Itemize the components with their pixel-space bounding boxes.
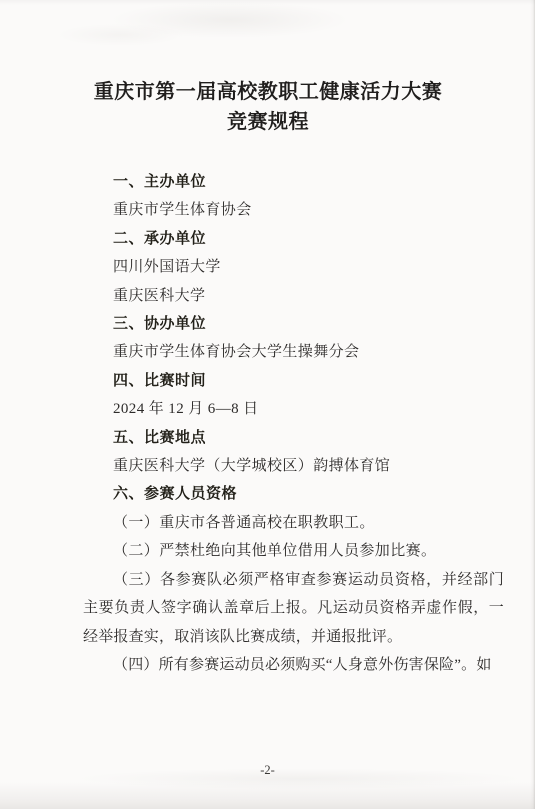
section-heading-venue: 五、比赛地点	[83, 424, 504, 452]
body-line-undertaker-1: 四川外国语大学	[83, 253, 504, 281]
page-number: -2-	[0, 762, 535, 778]
scanned-document-page: 重庆市第一届高校教职工健康活力大赛 竞赛规程 一、主办单位 重庆市学生体育协会 …	[0, 0, 535, 809]
body-line-organizer-name: 重庆市学生体育协会	[83, 196, 504, 224]
section-heading-eligibility: 六、参赛人员资格	[83, 480, 504, 508]
paragraph-eligibility-item-4: （四）所有参赛运动员必须购买“人身意外伤害保险”。如	[83, 651, 504, 679]
body-line-competition-date: 2024 年 12 月 6—8 日	[83, 395, 504, 423]
section-heading-time: 四、比赛时间	[83, 367, 504, 395]
body-line-competition-venue: 重庆医科大学（大学城校区）韵搏体育馆	[83, 452, 504, 480]
body-line-undertaker-2: 重庆医科大学	[83, 282, 504, 310]
body-line-eligibility-item-2: （二）严禁杜绝向其他单位借用人员参加比赛。	[83, 537, 504, 565]
document-title-line-1: 重庆市第一届高校教职工健康活力大赛	[52, 77, 484, 107]
section-heading-undertaker: 二、承办单位	[83, 225, 504, 253]
paragraph-eligibility-item-3: （三）各参赛队必须严格审查参赛运动员资格，并经部门主要负责人签字确认盖章后上报。…	[83, 566, 504, 651]
document-title: 重庆市第一届高校教职工健康活力大赛 竞赛规程	[52, 77, 484, 137]
document-body: 一、主办单位 重庆市学生体育协会 二、承办单位 四川外国语大学 重庆医科大学 三…	[83, 168, 504, 679]
section-heading-co-organizer: 三、协办单位	[83, 310, 504, 338]
section-heading-organizer: 一、主办单位	[83, 168, 504, 196]
body-line-co-organizer-name: 重庆市学生体育协会大学生操舞分会	[83, 338, 504, 366]
body-line-eligibility-item-1: （一）重庆市各普通高校在职教职工。	[83, 509, 504, 537]
document-title-line-2: 竞赛规程	[52, 107, 484, 137]
